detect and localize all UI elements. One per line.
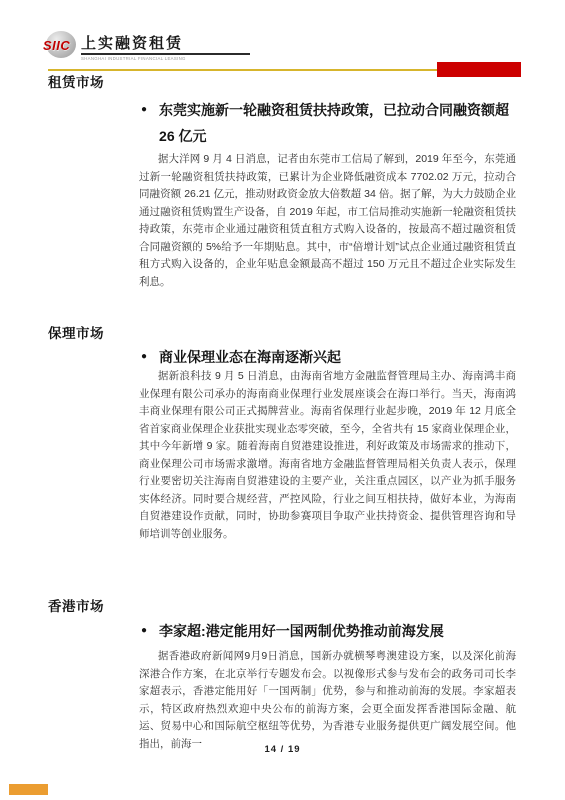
article-body: 据新浪科技 9 月 5 日消息，由海南省地方金融监督管理局主办、海南鸿丰商业保理… — [139, 368, 516, 543]
section-label-factoring-market: 保理市场 — [48, 322, 104, 342]
company-name-block: 上实融资租赁 SHANGHAI INDUSTRIAL FINANCIAL LEA… — [81, 31, 250, 64]
page-number: 14 / 19 — [0, 744, 565, 755]
article-headline-text: 东莞实施新一轮融资租赁扶持政策，已拉动合同融资额超 26 亿元 — [159, 97, 525, 149]
newsletter-page: SIIC 上实融资租赁 SHANGHAI INDUSTRIAL FINANCIA… — [0, 0, 565, 800]
bullet-icon: ● — [141, 344, 147, 370]
article-headline: ● 东莞实施新一轮融资租赁扶持政策，已拉动合同融资额超 26 亿元 — [141, 97, 525, 149]
article-body: 据香港政府新闻网9月9日消息，国新办就横琴粤澳建设方案，以及深化前海深港合作方案… — [139, 648, 516, 753]
article-headline-text: 商业保理业态在海南逐渐兴起 — [159, 344, 525, 370]
article-headline: ● 李家超:港定能用好一国两制优势推动前海发展 — [141, 618, 525, 644]
siic-logo-text: SIIC — [43, 38, 70, 53]
article-headline: ● 商业保理业态在海南逐渐兴起 — [141, 344, 525, 370]
company-name-en: SHANGHAI INDUSTRIAL FINANCIAL LEASING — [81, 57, 186, 61]
bullet-icon: ● — [141, 97, 147, 123]
article-headline-text: 李家超:港定能用好一国两制优势推动前海发展 — [159, 618, 525, 644]
section-label-leasing-market: 租赁市场 — [48, 71, 104, 91]
company-logo: SIIC 上实融资租赁 SHANGHAI INDUSTRIAL FINANCIA… — [46, 31, 250, 64]
section-label-hongkong-market: 香港市场 — [48, 595, 104, 615]
siic-globe-icon: SIIC — [46, 31, 76, 58]
company-name-cn: 上实融资租赁 — [81, 35, 250, 55]
header-red-accent — [437, 62, 521, 77]
article-body: 据大洋网 9 月 4 日消息，记者由东莞市工信局了解到，2019 年至今，东莞通… — [139, 151, 516, 291]
footer-orange-accent — [9, 784, 48, 795]
bullet-icon: ● — [141, 618, 147, 644]
